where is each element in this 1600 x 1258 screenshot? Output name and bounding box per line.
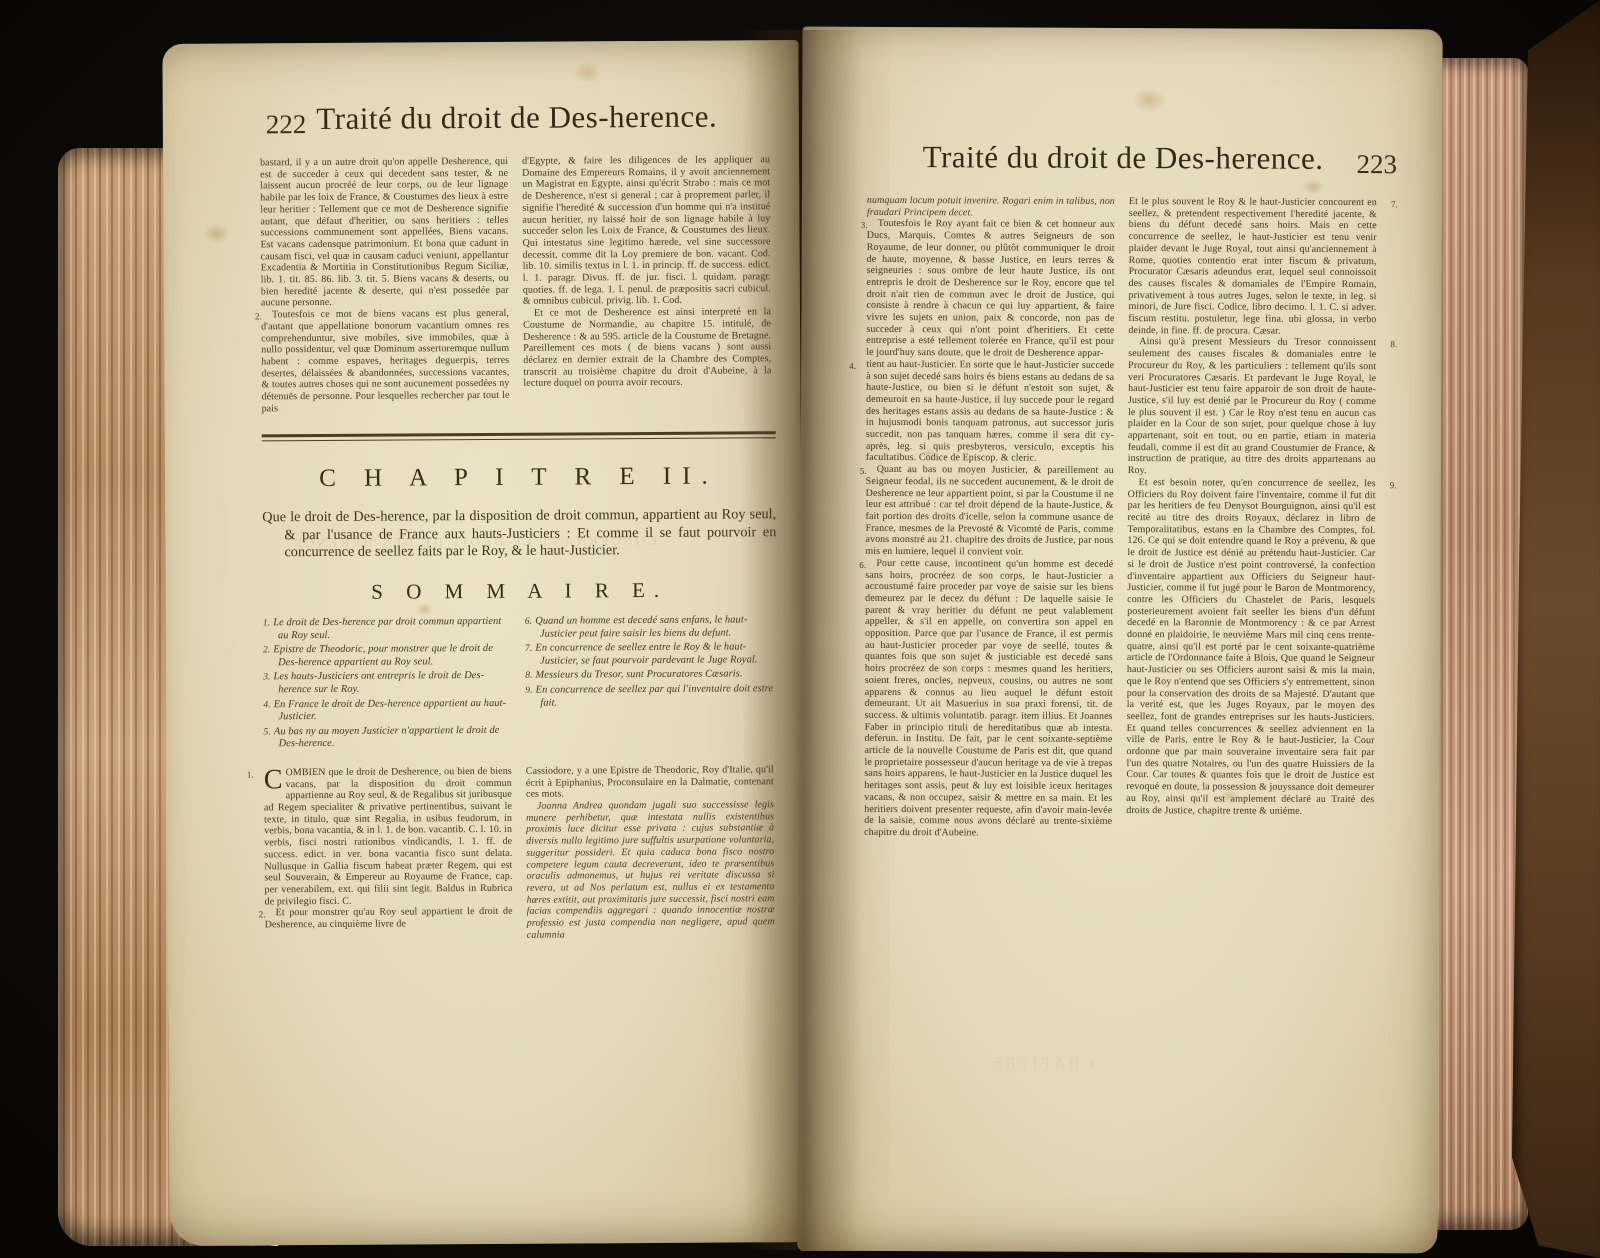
margin-number: 5.: [264, 727, 274, 737]
paragraph: d'Egypte, & faire les diligences de les …: [522, 154, 771, 308]
book-photo: CONCERNANT LE DROIT DE DES-HERENCE. 222 …: [0, 0, 1600, 1258]
margin-number: 2.: [248, 910, 266, 922]
left-page-header: 222 Traité du droit de Des-herence.: [260, 98, 774, 145]
age-spot: [203, 224, 229, 244]
left-page-top-column-1: bastard, il y a un autre droit qu'on app…: [260, 156, 510, 415]
margin-number: 4.: [849, 361, 856, 373]
sommaire-list: 1.Le droit de Des-herence par droit comm…: [263, 614, 778, 753]
paragraph: 7.Et le plus souvent le Roy & le haut-Ju…: [1128, 196, 1377, 338]
paragraph: 7.En concurrence de seellez entre le Roy…: [525, 641, 773, 668]
running-title: Traité du droit de Des-herence.: [260, 98, 774, 137]
right-page-text-section: numquam locum potuit invenire. Rogari en…: [864, 195, 1379, 841]
section-divider-rule: [262, 432, 776, 442]
page-number: 223: [1357, 149, 1398, 180]
right-page-column-2: 7.Et le plus souvent le Roy & le haut-Ju…: [1126, 196, 1377, 841]
drop-cap: C: [264, 767, 286, 791]
paragraph: 5.Au bas ny au moyen Justicier n'apparti…: [264, 725, 512, 752]
right-page-stack-edge: [1428, 58, 1528, 1230]
paragraph: Joanna Andrea quondam jugali suo success…: [526, 799, 775, 941]
age-spot: [416, 602, 434, 616]
paragraph: Cassiodore, y a une Epistre de Theodoric…: [526, 764, 774, 801]
margin-number: 2.: [244, 311, 262, 323]
right-page-header: Traité du droit de Des-herence. 223: [867, 139, 1379, 185]
age-spot: [572, 61, 602, 83]
left-page-bottom-column-2: Cassiodore, y a une Epistre de Theodoric…: [526, 764, 775, 941]
paragraph: numquam locum potuit invenire. Rogari en…: [867, 195, 1115, 219]
paragraph: 6.Quand un homme est decedé sans enfans,…: [525, 614, 773, 641]
sommaire-column-1: 1.Le droit de Des-herence par droit comm…: [263, 616, 512, 753]
paragraph: 2.Et pour monstrer qu'au Roy seul appart…: [265, 906, 513, 931]
running-title: Traité du droit de Des-herence.: [867, 139, 1379, 177]
left-page-top-column-2: d'Egypte, & faire les diligences de les …: [522, 154, 772, 413]
paragraph: 9.En concurrence de seellez par qui l'in…: [525, 683, 773, 710]
paragraph: 9.Et est besoin noter, qu'en concurrence…: [1126, 477, 1375, 817]
sommaire-column-2: 6.Quand un homme est decedé sans enfans,…: [525, 614, 774, 751]
margin-number: 3.: [850, 220, 868, 232]
paragraph: 8.Ainsi qu'à present Messieurs du Tresor…: [1128, 336, 1377, 478]
sommaire-title: S O M M A I R E.: [263, 577, 777, 605]
paragraph: bastard, il y a un autre droit qu'on app…: [260, 156, 509, 310]
show-through-text: CHAPITRE: [988, 1055, 1093, 1072]
margin-number: 3.: [263, 673, 273, 683]
margin-number: 2.: [263, 645, 273, 655]
margin-number: 6.: [525, 617, 535, 627]
margin-number: 5.: [849, 466, 867, 478]
age-spot: [1132, 88, 1166, 112]
paragraph: Et ce mot de Desherence est ainsi interp…: [523, 306, 771, 389]
paragraph: 8.Messieurs du Tresor, sunt Procuratores…: [525, 669, 773, 683]
margin-number: 7.: [525, 644, 535, 654]
paragraph: 3.Les hauts-Justiciers ont entrepris le …: [263, 670, 511, 697]
left-page-bottom-column-1: 1.COMBIEN que le droit de Desherence, ou…: [264, 766, 513, 943]
margin-number: 8.: [1379, 340, 1397, 352]
paragraph: 6.Pour cette cause, incontinent qu'un ho…: [864, 558, 1113, 840]
left-page-top-section: bastard, il y a un autre droit qu'on app…: [260, 154, 776, 415]
paragraph: 1.COMBIEN que le droit de Desherence, ou…: [264, 766, 513, 908]
margin-number: 9.: [525, 686, 535, 696]
paragraph: 2.Toutesfois ce mot de biens vacans est …: [261, 308, 510, 415]
chapter-subtitle: Que le droit de Des-herence, par la disp…: [262, 507, 776, 563]
margin-number: 6.: [848, 560, 866, 572]
paragraph: 4.En France le droit de Des-herence appa…: [263, 697, 511, 724]
right-page-column-1: numquam locum potuit invenire. Rogari en…: [864, 195, 1115, 840]
margin-number: 9.: [1379, 480, 1397, 492]
margin-number: 4.: [263, 700, 273, 710]
paragraph: 1.Le droit de Des-herence par droit comm…: [263, 616, 511, 643]
margin-number: 8.: [525, 671, 535, 681]
margin-number: 7.: [1391, 199, 1398, 211]
left-page: CONCERNANT LE DROIT DE DES-HERENCE. 222 …: [162, 40, 805, 1246]
right-page: CHAPITRE Traité du droit de Des-herence.…: [797, 27, 1442, 1254]
margin-number: 1.: [263, 618, 273, 628]
paragraph: 2.Epistre de Theodoric, pour monstrer qu…: [263, 643, 511, 670]
paragraph: 3.Toutesfois le Roy ayant fait ce bien &…: [866, 218, 1115, 360]
margin-number: 1.: [247, 769, 254, 781]
left-page-bottom-section: 1.COMBIEN que le droit de Desherence, ou…: [264, 764, 779, 943]
paragraph: 5.Quant au bas ou moyen Justicier, & par…: [865, 464, 1113, 559]
chapter-heading: C H A P I T R E II.: [262, 463, 776, 494]
paragraph: 4.tient au haut-Justicier. En sorte que …: [866, 359, 1114, 465]
page-number: 222: [266, 109, 307, 140]
